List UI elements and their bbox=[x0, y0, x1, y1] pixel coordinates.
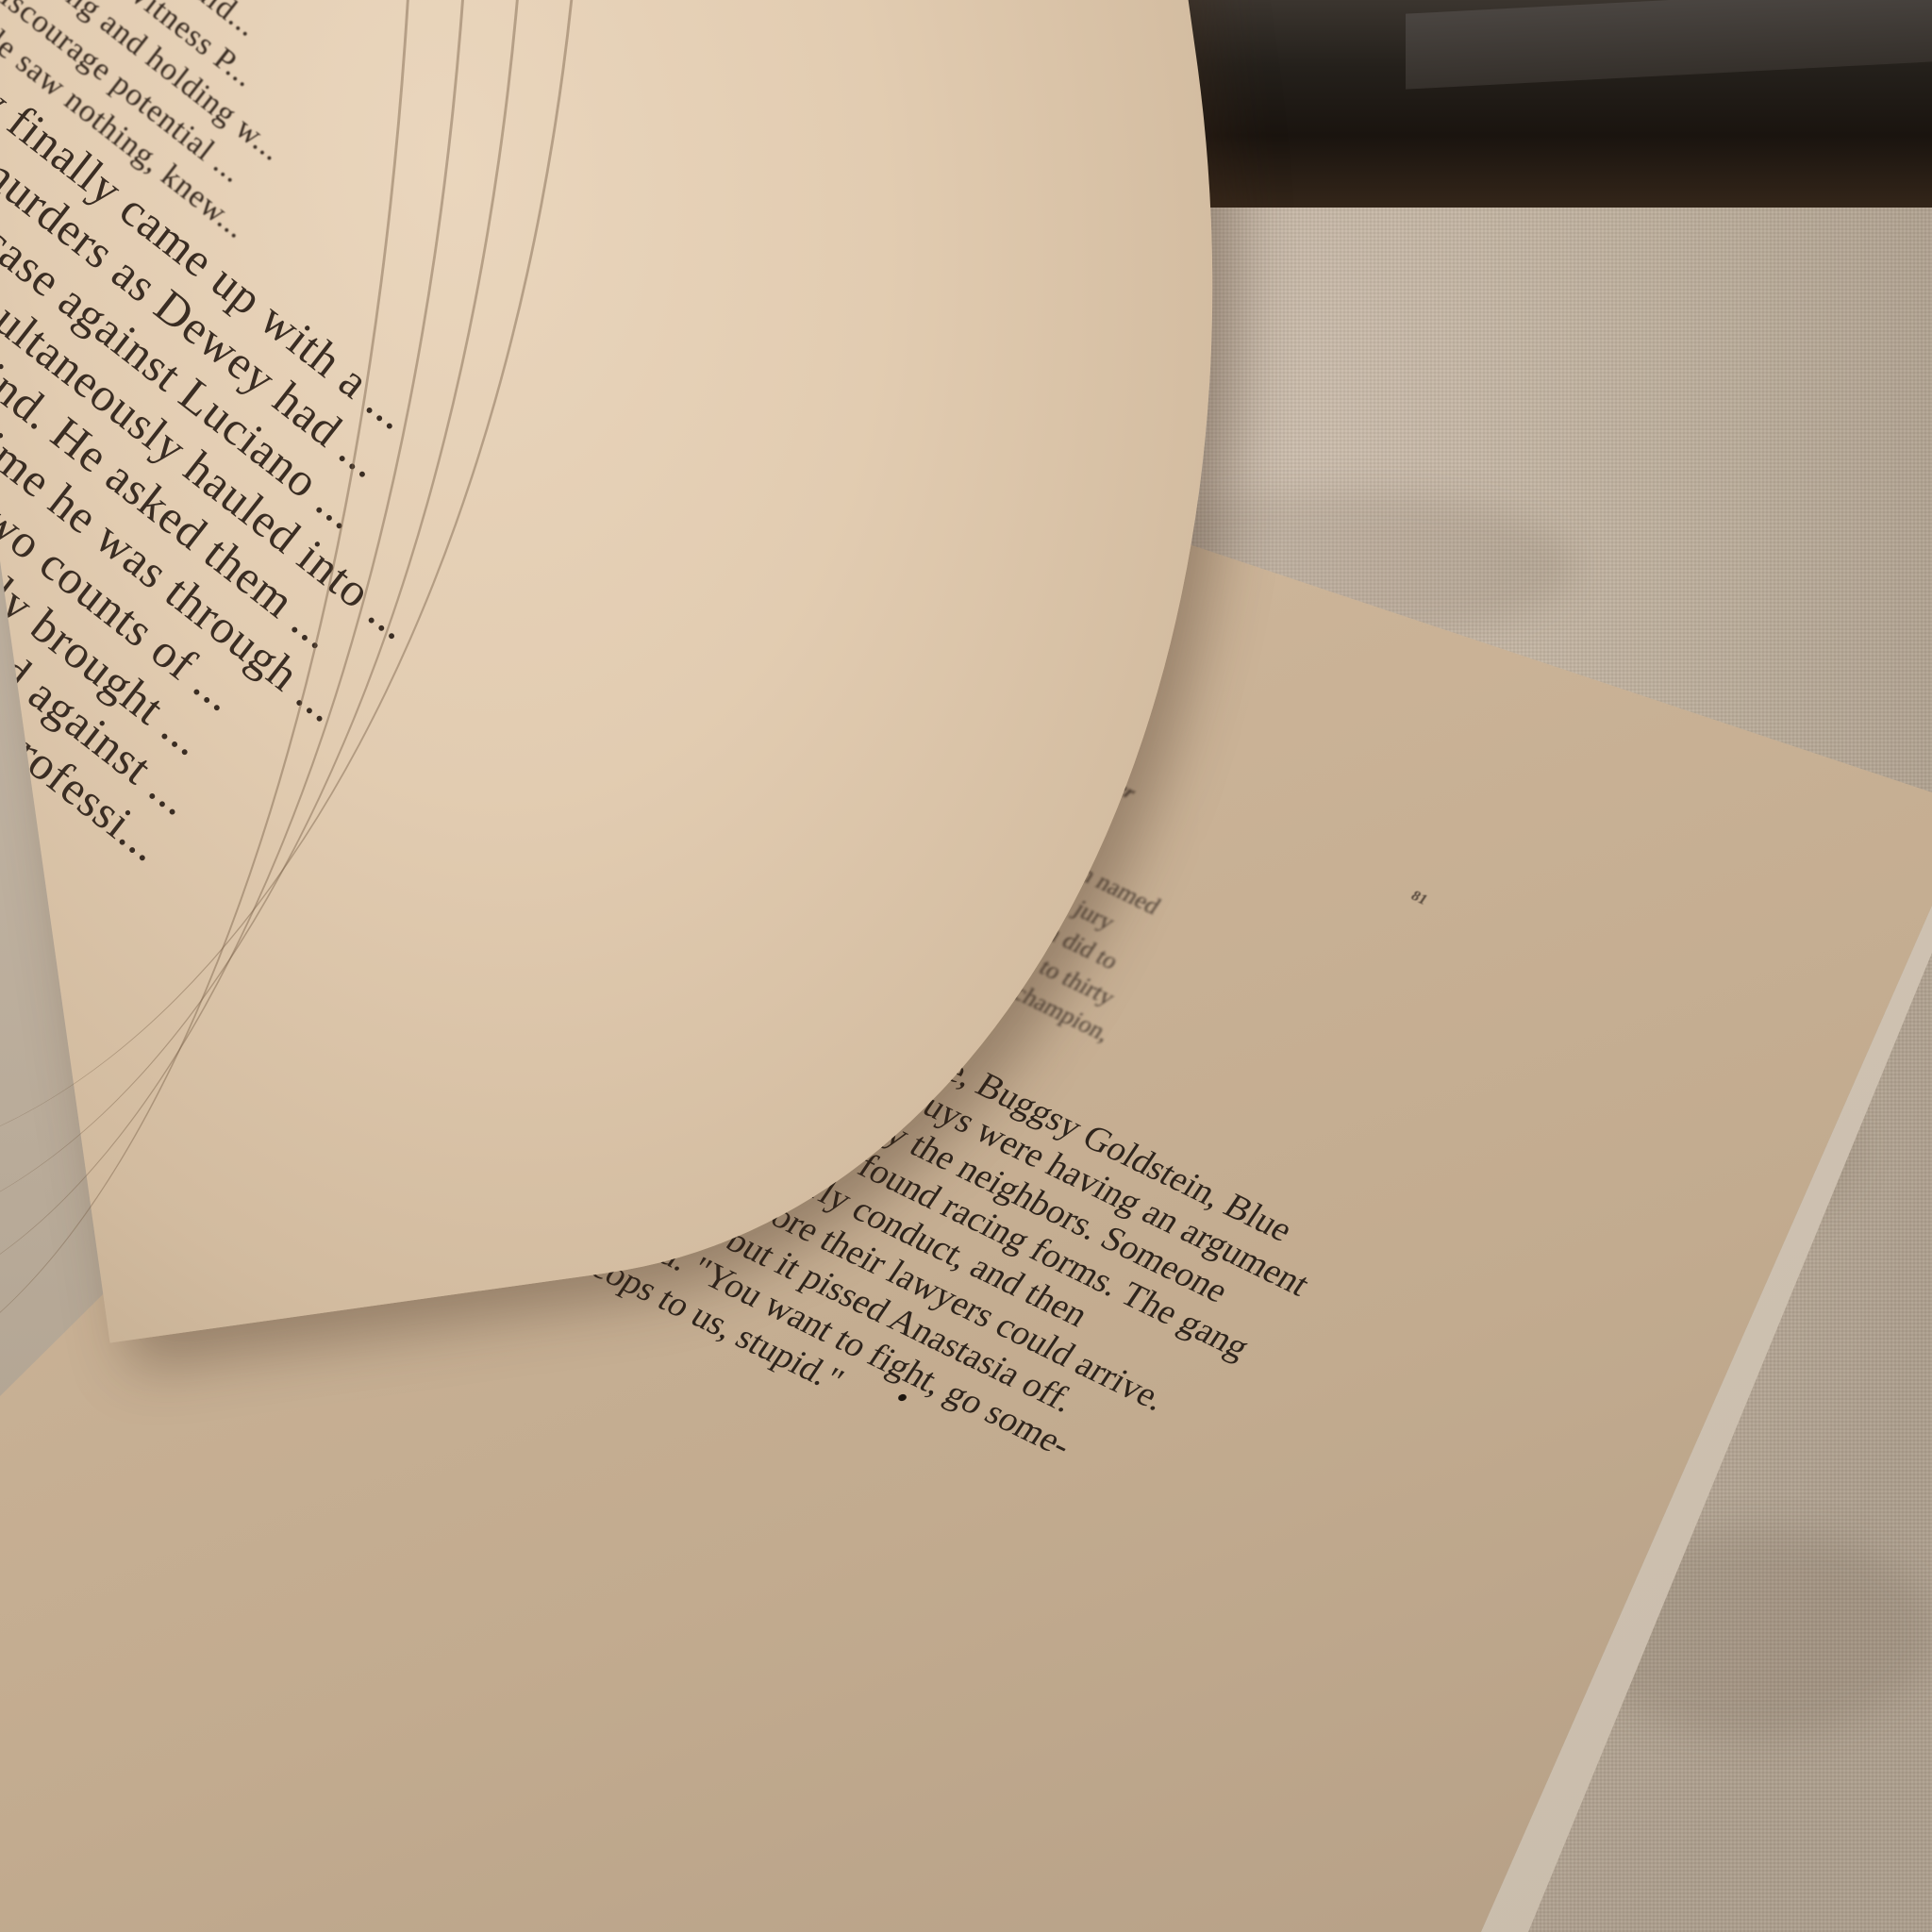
dark-background-furniture bbox=[1085, 0, 1932, 226]
background-object bbox=[1406, 0, 1932, 90]
book-photo: LORD HIGH EXECUTIONER 81 But that didn't… bbox=[0, 0, 1932, 1932]
